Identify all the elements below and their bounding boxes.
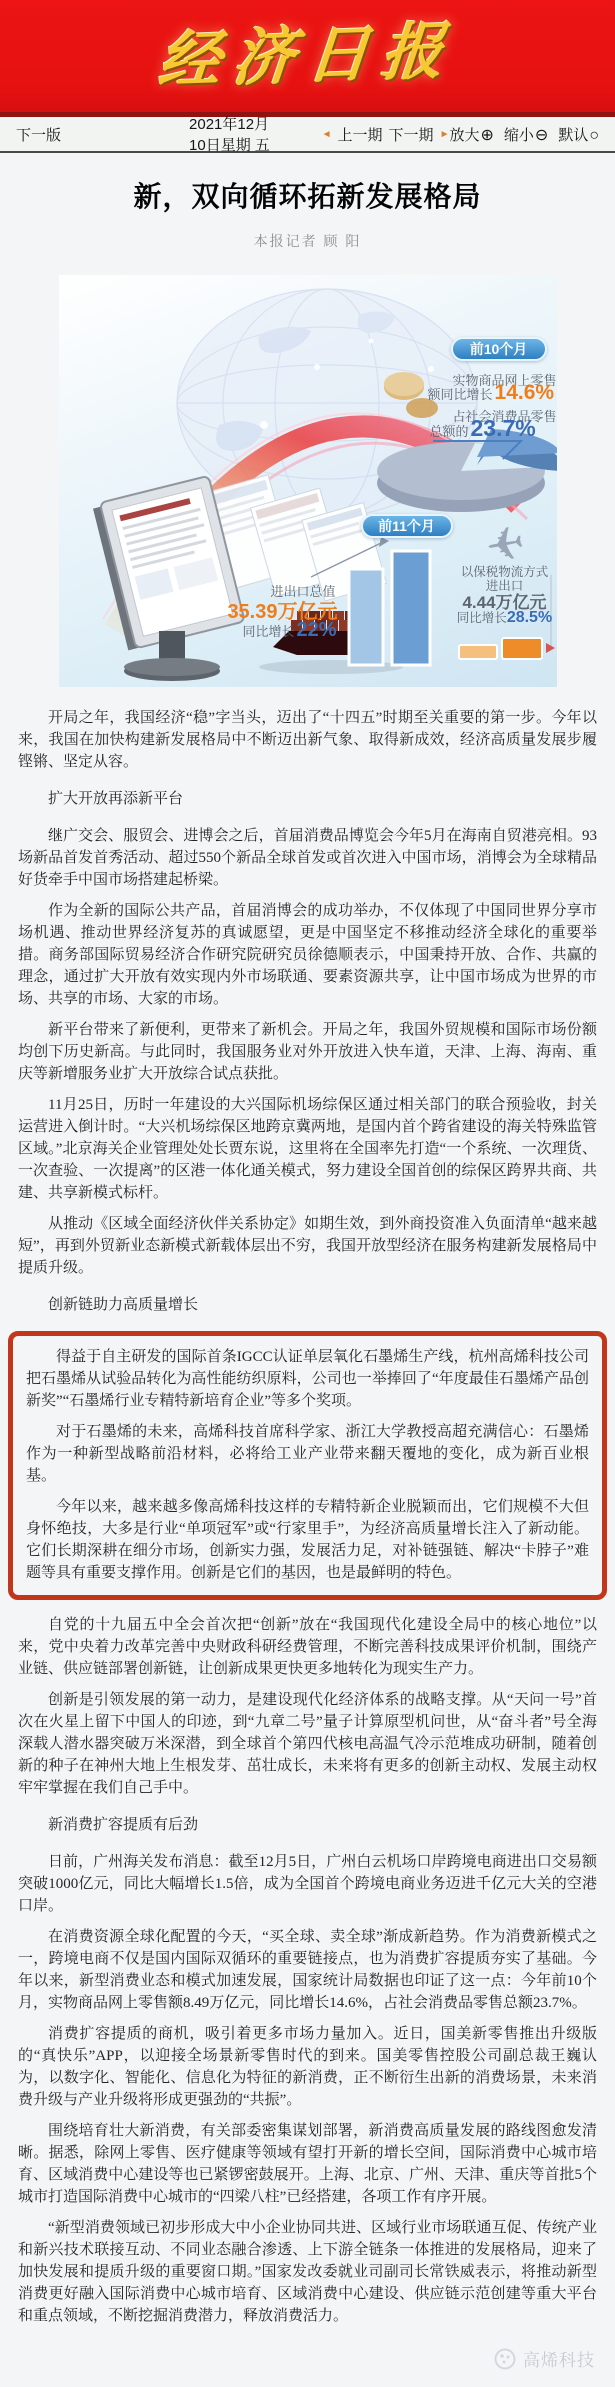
byline: 本报记者 顾 阳 bbox=[0, 231, 615, 251]
paragraph: 日前，广州海关发布消息：截至12月5日，广州白云机场口岸跨境电商进出口交易额突破… bbox=[18, 1851, 597, 1917]
paragraph: 创新是引领发展的第一动力，是建设现代化经济体系的战略支撑。从“天问一号”首次在火… bbox=[18, 1689, 597, 1799]
p1-stat-line2: 额同比增长14.6% bbox=[428, 381, 555, 405]
trade-growth: 同比增长22% bbox=[242, 619, 336, 642]
period2-badge: 前11个月 bbox=[361, 514, 453, 538]
page-title: 新，双向循环拓新发展格局 bbox=[0, 175, 615, 215]
next-issue-icon: ► bbox=[440, 129, 450, 140]
issue-nav: ◄ 上一期 下一期 ► bbox=[322, 124, 450, 145]
zoom-in-icon: ⊕ bbox=[480, 127, 493, 144]
footer-watermark: 高烯科技 bbox=[0, 2336, 615, 2387]
zoom-in-button[interactable]: 放大⊕ bbox=[449, 124, 493, 145]
paragraph: 在消费资源全球化配置的今天，“买全球、卖全球”渐成新趋势。作为消费新模式之一，跨… bbox=[18, 1926, 597, 2014]
paragraph: 开局之年，我国经济“稳”字当头，迈出了“十四五”时期至关重要的第一步。今年以来，… bbox=[18, 707, 597, 773]
brand-watermark-text: 高烯科技 bbox=[523, 2346, 595, 2371]
bonded-logistics-growth: 同比增长28.5% bbox=[455, 608, 555, 627]
brand-logo-icon bbox=[494, 2348, 516, 2370]
default-zoom-icon: ○ bbox=[589, 127, 599, 144]
period1-badge: 前10个月 bbox=[451, 337, 547, 361]
paragraph: 对于石墨烯的未来，高烯科技首席科学家、浙江大学教授高超充满信心：石墨烯作为一种新… bbox=[26, 1421, 589, 1487]
infographic: ✈ 前10个月 实物商品网上零售 额同比增长14.6% 占社会消费品零售 总额的… bbox=[59, 275, 557, 687]
paragraph: 新平台带来了新便利，更带来了新机会。开局之年，我国外贸规模和国际市场份额均创下历… bbox=[18, 1019, 597, 1085]
article-body: 开局之年，我国经济“稳”字当头，迈出了“十四五”时期至关重要的第一步。今年以来，… bbox=[0, 707, 615, 2327]
masthead: 经济日报 bbox=[0, 0, 615, 117]
paragraph: 得益于自主研发的国际首条IGCC认证单层氧化石墨烯生产线，杭州高烯科技公司把石墨… bbox=[26, 1346, 589, 1412]
online-retail-growth-value: 14.6% bbox=[495, 381, 555, 405]
paragraph: 消费扩容提质的商机，吸引着更多市场力量加入。近日，国美新零售推出升级版的“真快乐… bbox=[18, 2023, 597, 2111]
section-heading: 新消费扩容提质有后劲 bbox=[18, 1814, 597, 1836]
p1-stat-line4: 总额的23.7% bbox=[430, 415, 536, 442]
zoom-out-icon: ⊖ bbox=[535, 127, 548, 144]
paragraph: 围绕培育壮大新消费，有关部委密集谋划部署，新消费高质量发展的路线图愈发清晰。据悉… bbox=[18, 2120, 597, 2208]
paragraph: 作为全新的国际公共产品，首届消博会的成功举办，不仅体现了中国同世界分享市场机遇、… bbox=[18, 900, 597, 1010]
default-zoom-button[interactable]: 默认○ bbox=[558, 124, 599, 145]
next-page-link[interactable]: 下一版 bbox=[16, 124, 61, 145]
section-heading: 创新链助力高质量增长 bbox=[18, 1294, 597, 1316]
section-heading: 扩大开放再添新平台 bbox=[18, 788, 597, 810]
issue-date: 2021年12月10日星期 五 bbox=[189, 113, 274, 155]
next-issue-link[interactable]: 下一期 bbox=[389, 124, 434, 145]
view-controls: 放大⊕ 缩小⊖ 默认○ bbox=[449, 124, 599, 145]
newspaper-logo: 经济日报 bbox=[156, 20, 459, 92]
prev-issue-link[interactable]: 上一期 bbox=[338, 124, 383, 145]
navbar: 下一版 2021年12月10日星期 五 ◄ 上一期 下一期 ► 放大⊕ 缩小⊖ … bbox=[0, 117, 615, 153]
paragraph: “新型消费领域已初步形成大中小企业协同共进、区域行业市场联通互促、传统产业和新兴… bbox=[18, 2217, 597, 2327]
retail-share-value: 23.7% bbox=[471, 415, 536, 442]
paragraph: 今年以来，越来越多像高烯科技这样的专精特新企业脱颖而出，它们规模不大但身怀绝技，… bbox=[26, 1496, 589, 1584]
highlighted-red-box: 得益于自主研发的国际首条IGCC认证单层氧化石墨烯生产线，杭州高烯科技公司把石墨… bbox=[8, 1331, 607, 1600]
paragraph: 自党的十九届五中全会首次把“创新”放在“我国现代化建设全局中的核心地位”以来，党… bbox=[18, 1614, 597, 1680]
paragraph: 11月25日，历时一年建设的大兴国际机场综保区通过相关部门的联合预验收，封关运营… bbox=[18, 1094, 597, 1204]
paragraph: 继广交会、服贸会、进博会之后，首届消费品博览会今年5月在海南自贸港亮相。93场新… bbox=[18, 825, 597, 891]
paragraph: 从推动《区域全面经济伙伴关系协定》如期生效，到外商投资准入负面清单“越来越短”，… bbox=[18, 1213, 597, 1279]
zoom-out-button[interactable]: 缩小⊖ bbox=[504, 124, 548, 145]
prev-issue-icon: ◄ bbox=[322, 129, 332, 140]
